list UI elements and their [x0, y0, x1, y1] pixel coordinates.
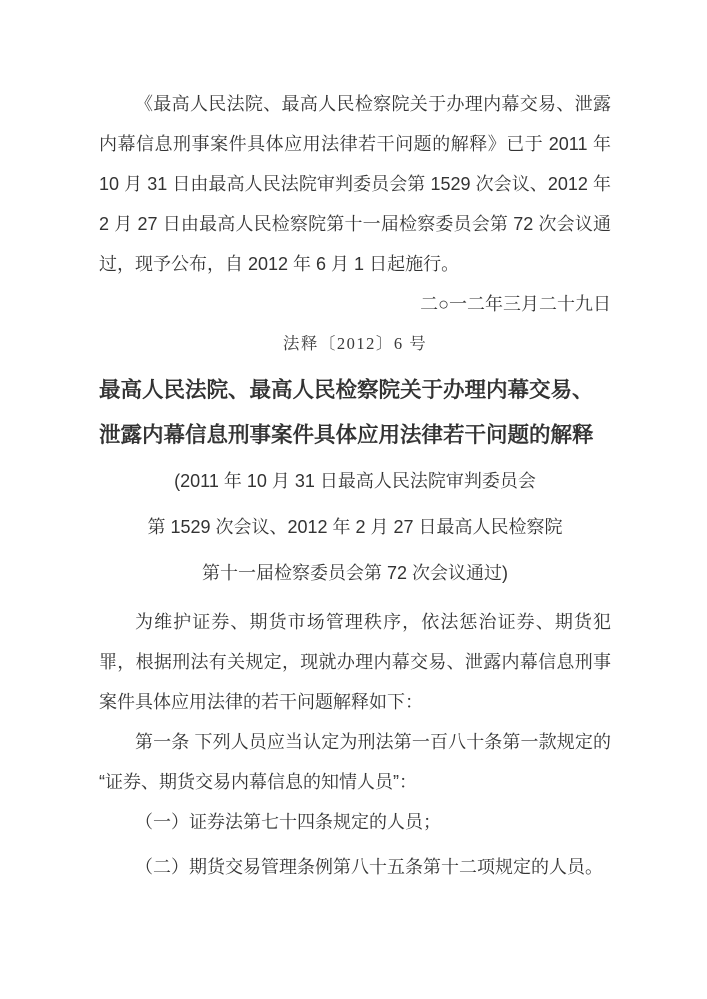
document-title-line-1: 最高人民法院、最高人民检察院关于办理内幕交易、 [99, 368, 611, 413]
adoption-note-line-1: (2011 年 10 月 31 日最高人民法院审判委员会 [99, 458, 611, 504]
announcement-paragraph: 《最高人民法院、最高人民检察院关于办理内幕交易、泄露内幕信息刑事案件具体应用法律… [99, 84, 611, 284]
document-title-line-2: 泄露内幕信息刑事案件具体应用法律若干问题的解释 [99, 413, 611, 458]
article-1-paragraph: 第一条 下列人员应当认定为刑法第一百八十条第一款规定的“证券、期货交易内幕信息的… [99, 722, 611, 802]
adoption-note: (2011 年 10 月 31 日最高人民法院审判委员会 第 1529 次会议、… [99, 458, 611, 596]
preamble-paragraph: 为维护证券、期货市场管理秩序，依法惩治证券、期货犯罪，根据刑法有关规定，现就办理… [99, 602, 611, 722]
document-number: 法释〔2012〕6 号 [99, 324, 611, 364]
adoption-note-line-2: 第 1529 次会议、2012 年 2 月 27 日最高人民检察院 [99, 504, 611, 550]
signature-date: 二○一二年三月二十九日 [99, 284, 611, 324]
adoption-note-line-3: 第十一届检察委员会第 72 次会议通过) [99, 550, 611, 596]
document-page: 《最高人民法院、最高人民检察院关于办理内幕交易、泄露内幕信息刑事案件具体应用法律… [0, 0, 707, 999]
article-1-item-2: （二）期货交易管理条例第八十五条第十二项规定的人员。 [99, 847, 611, 887]
document-title: 最高人民法院、最高人民检察院关于办理内幕交易、 泄露内幕信息刑事案件具体应用法律… [99, 368, 611, 458]
article-1-item-1: （一）证券法第七十四条规定的人员； [99, 802, 611, 842]
